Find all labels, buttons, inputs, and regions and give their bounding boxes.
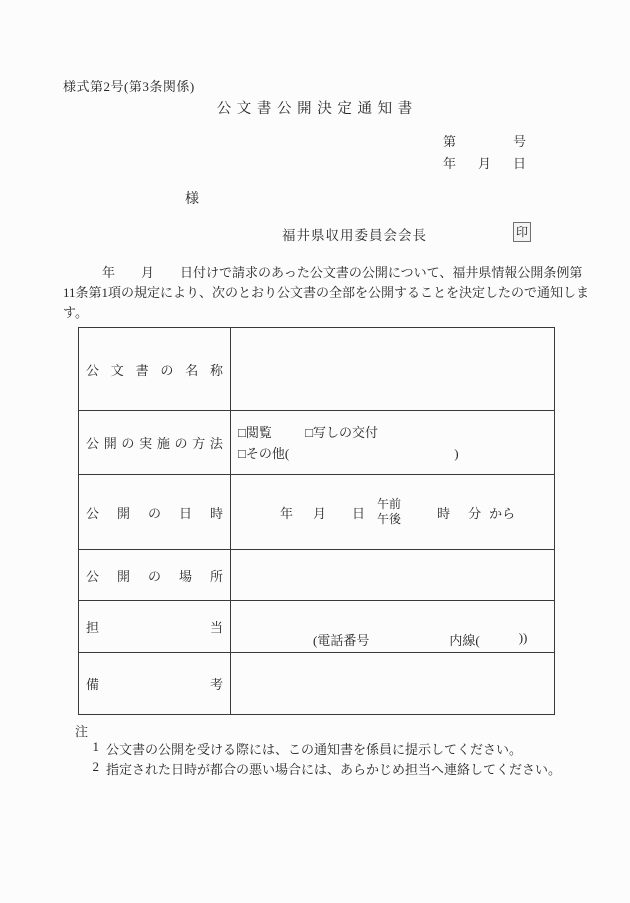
body-paragraph: 年 月 日付けで請求のあった公文書の公開について、福井県情報公開条例第 11条第… bbox=[63, 263, 563, 323]
seal-mark: 印 bbox=[513, 222, 531, 242]
datetime-template: 年 月 日 午前 午後 時 分 から bbox=[231, 475, 554, 549]
disclosure-datetime-field: 年 月 日 午前 午後 時 分 から bbox=[231, 475, 554, 549]
table-row-disclosure-datetime: 公開の日時 年 月 日 午前 午後 時 分 から bbox=[79, 474, 554, 549]
contact-label-cell: 担当 bbox=[79, 601, 231, 652]
table-row-disclosure-place: 公開の場所 bbox=[79, 549, 554, 600]
document-page: 様式第2号(第3条関係) 公 文 書 公 開 決 定 通 知 書 第 号 年 月… bbox=[0, 0, 630, 903]
contact-field: (電話番号 内線( )) bbox=[231, 601, 554, 652]
checkbox-other-icon[interactable]: □ bbox=[238, 446, 246, 461]
contact-close-parens: )) bbox=[519, 630, 528, 649]
body-paragraph-line1: 年 月 日付けで請求のあった公文書の公開について、福井県情報公開条例第 bbox=[63, 263, 563, 283]
contact-phone-line: (電話番号 内線( )) bbox=[313, 630, 527, 649]
recipient-honorific: 様 bbox=[185, 188, 199, 208]
datetime-minute-label: 分 bbox=[468, 503, 481, 522]
note-1-text: 公文書の公開を受ける際には、この通知書を係員に提示してください。 bbox=[106, 739, 522, 758]
option-other-label: その他( bbox=[246, 446, 289, 461]
remarks-label: 備考 bbox=[86, 674, 223, 693]
disclosure-place-label-cell: 公開の場所 bbox=[79, 550, 231, 600]
note-1-number: 1 bbox=[90, 739, 99, 758]
datetime-month-label: 月 bbox=[313, 503, 326, 522]
method-options: □閲覧 □写しの交付 □その他() bbox=[231, 411, 554, 464]
checkbox-inspection-icon[interactable]: □ bbox=[238, 425, 246, 440]
date-month-label: 月 bbox=[478, 153, 491, 172]
doc-number-suffix: 号 bbox=[513, 131, 526, 150]
option-other-close-paren: ) bbox=[454, 446, 458, 461]
disclosure-datetime-label-cell: 公開の日時 bbox=[79, 475, 231, 549]
datetime-pm-label: 午後 bbox=[377, 512, 401, 527]
document-name-label-cell: 公文書の名称 bbox=[79, 328, 231, 410]
date-year-label: 年 bbox=[443, 153, 456, 172]
note-item-2: 2 指定された日時が都合の悪い場合には、あらかじめ担当へ連絡してください。 bbox=[90, 759, 561, 778]
option-inspection-label: 閲覧 bbox=[246, 425, 272, 440]
document-name-label: 公文書の名称 bbox=[86, 360, 223, 379]
table-row-document-name: 公文書の名称 bbox=[79, 328, 554, 410]
table-row-disclosure-method: 公開の実施の方法 □閲覧 □写しの交付 □その他() bbox=[79, 410, 554, 474]
disclosure-datetime-label: 公開の日時 bbox=[86, 503, 223, 522]
datetime-am-label: 午前 bbox=[377, 497, 401, 512]
note-2-number: 2 bbox=[90, 759, 99, 778]
contact-extension-label: 内線( bbox=[449, 630, 479, 649]
body-paragraph-line2: 11条第1項の規定により、次のとおり公文書の全部を公開することを決定したので通知… bbox=[63, 283, 563, 303]
contact-phone-open: (電話番号 bbox=[313, 630, 369, 649]
disclosure-place-label: 公開の場所 bbox=[86, 566, 223, 585]
note-2-text: 指定された日時が都合の悪い場合には、あらかじめ担当へ連絡してください。 bbox=[106, 759, 561, 778]
page-title: 公 文 書 公 開 決 定 通 知 書 bbox=[0, 97, 630, 118]
datetime-hour-label: 時 bbox=[437, 503, 450, 522]
datetime-year-label: 年 bbox=[280, 503, 293, 522]
document-date-line: 年 月 日 bbox=[443, 153, 526, 172]
datetime-ampm-stack: 午前 午後 bbox=[377, 497, 401, 527]
datetime-day-label: 日 bbox=[352, 503, 365, 522]
disclosure-method-field: □閲覧 □写しの交付 □その他() bbox=[231, 411, 554, 474]
method-options-line2: □その他() bbox=[238, 443, 554, 464]
remarks-label-cell: 備考 bbox=[79, 653, 231, 714]
disclosure-place-field bbox=[231, 550, 554, 600]
table-row-remarks: 備考 bbox=[79, 652, 554, 714]
table-row-contact: 担当 (電話番号 内線( )) bbox=[79, 600, 554, 652]
option-copy-label: 写しの交付 bbox=[313, 425, 378, 440]
form-number: 様式第2号(第3条関係) bbox=[63, 76, 195, 95]
note-item-1: 1 公文書の公開を受ける際には、この通知書を係員に提示してください。 bbox=[90, 739, 522, 758]
method-options-line1: □閲覧 □写しの交付 bbox=[238, 422, 554, 443]
issuer-name: 福井県収用委員会会長 bbox=[282, 224, 427, 244]
disclosure-method-label-cell: 公開の実施の方法 bbox=[79, 411, 231, 474]
notes-heading: 注 bbox=[75, 721, 88, 740]
details-table: 公文書の名称 公開の実施の方法 □閲覧 □写しの交付 □その他() bbox=[78, 327, 555, 715]
document-name-field bbox=[231, 328, 554, 410]
contact-label: 担当 bbox=[86, 617, 223, 636]
datetime-from-label: から bbox=[489, 503, 515, 522]
doc-number-prefix: 第 bbox=[443, 131, 456, 150]
disclosure-method-label: 公開の実施の方法 bbox=[86, 433, 223, 452]
date-day-label: 日 bbox=[513, 153, 526, 172]
checkbox-copy-icon[interactable]: □ bbox=[305, 425, 313, 440]
remarks-field bbox=[231, 653, 554, 714]
document-number-line: 第 号 bbox=[443, 131, 526, 150]
body-paragraph-line3: す。 bbox=[63, 303, 563, 323]
